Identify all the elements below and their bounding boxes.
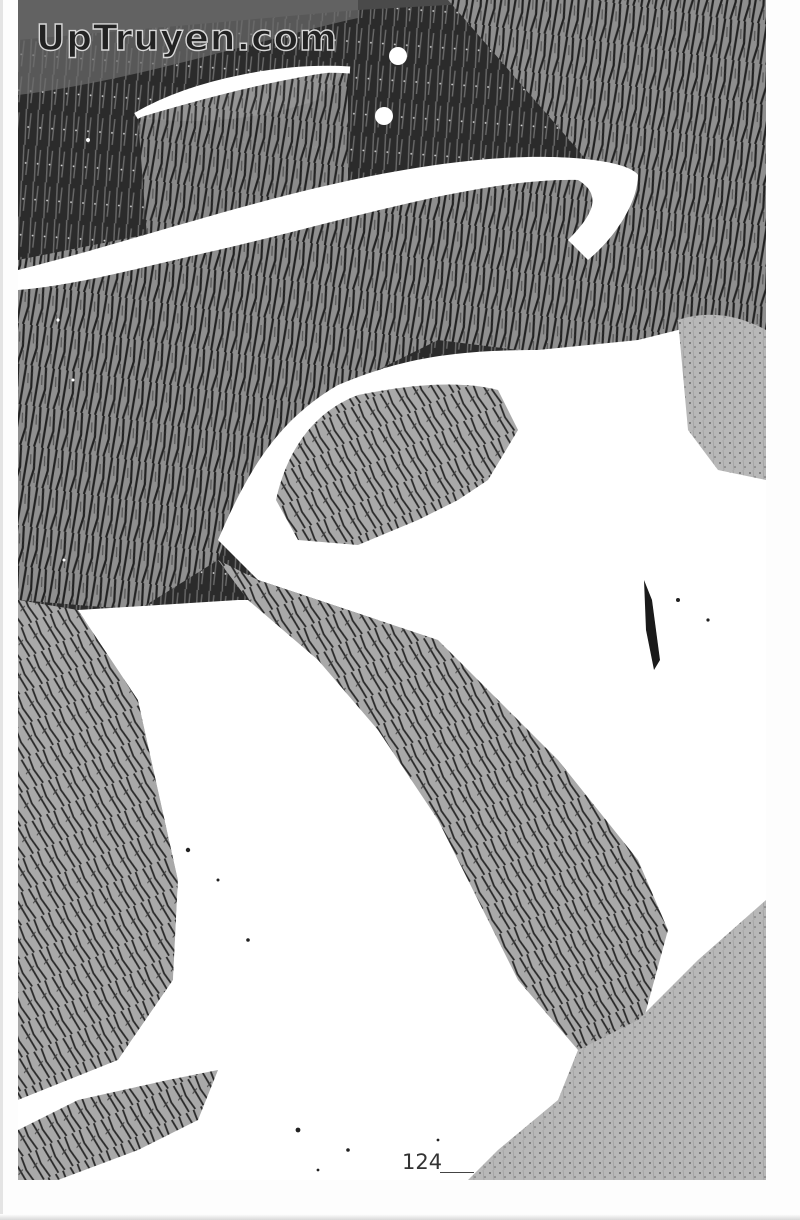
- page-number: 124: [402, 1150, 442, 1174]
- page-number-underline: [440, 1172, 474, 1173]
- scan-edge-bottom: [0, 1214, 800, 1220]
- site-watermark: UpTruyen.com: [36, 18, 338, 59]
- scan-edge-left: [0, 0, 3, 1220]
- manga-page: UpTruyen.com 124: [0, 0, 800, 1220]
- cliff-illustration: [18, 0, 766, 1180]
- illustration-panel: [18, 0, 766, 1180]
